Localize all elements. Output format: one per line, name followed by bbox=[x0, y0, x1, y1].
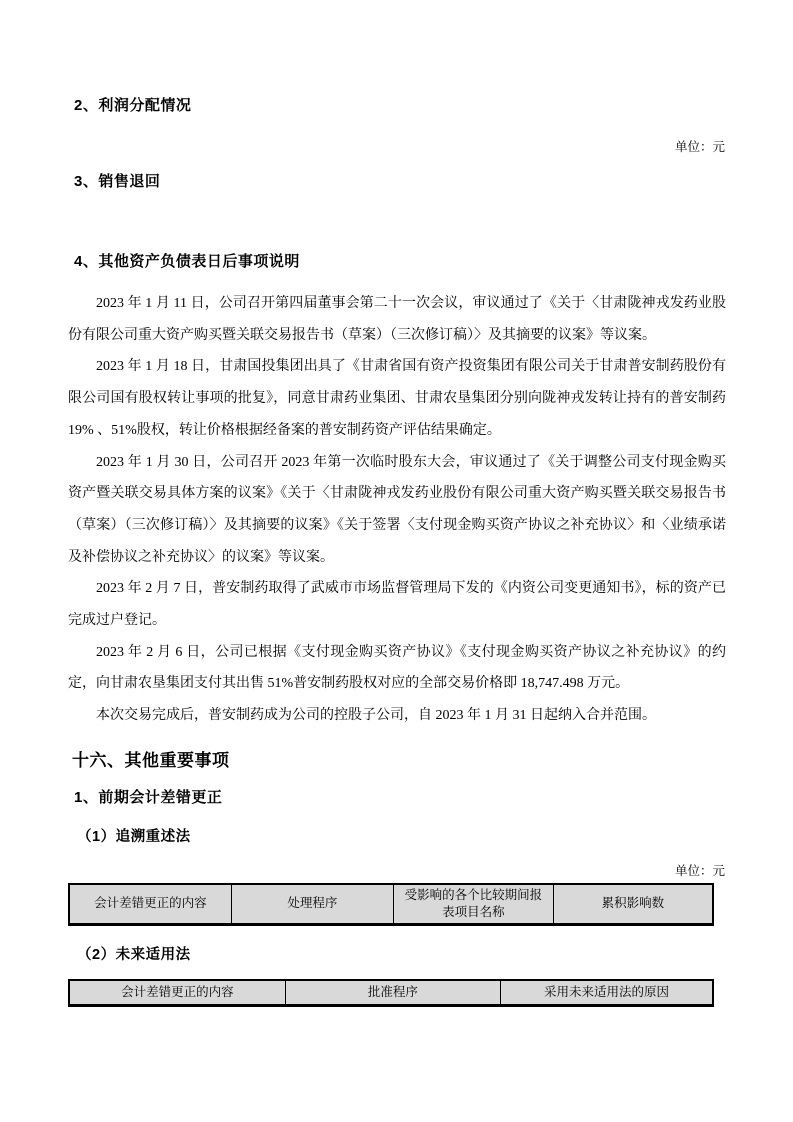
column-header-reason: 采用未来适用法的原因 bbox=[500, 980, 713, 1005]
unit-label-2: 单位：元 bbox=[675, 861, 725, 879]
heading-profit-distribution: 2、利润分配情况 bbox=[74, 94, 191, 115]
column-header-correction-content: 会计差错更正的内容 bbox=[69, 884, 231, 924]
post-balance-sheet-paragraphs: 2023 年 1 月 11 日，公司召开第四届董事会第二十一次会议，审议通过了《… bbox=[68, 288, 726, 732]
column-header-procedure: 处理程序 bbox=[231, 884, 393, 924]
paragraph-2023-01-18: 2023 年 1 月 18 日，甘肃国投集团出具了《甘肃省国有资产投资集团有限公… bbox=[68, 351, 726, 446]
column-header-cumulative-impact: 累积影响数 bbox=[553, 884, 713, 924]
retrospective-restatement-table: 会计差错更正的内容 处理程序 受影响的各个比较期间报表项目名称 累积影响数 bbox=[68, 883, 714, 926]
heading-section-16: 十六、其他重要事项 bbox=[72, 746, 230, 771]
heading-post-balance-sheet: 4、其他资产负债表日后事项说明 bbox=[74, 250, 300, 271]
heading-prior-error-correction: 1、前期会计差错更正 bbox=[74, 786, 222, 807]
heading-retrospective-restatement: （1）追溯重述法 bbox=[77, 825, 191, 846]
heading-prospective-application: （2）未来适用法 bbox=[77, 943, 191, 964]
column-header-correction-content: 会计差错更正的内容 bbox=[69, 980, 285, 1005]
unit-label-1: 单位：元 bbox=[675, 137, 725, 155]
paragraph-transaction-complete: 本次交易完成后，普安制药成为公司的控股子公司，自 2023 年 1 月 31 日… bbox=[68, 700, 726, 732]
table-header-row: 会计差错更正的内容 批准程序 采用未来适用法的原因 bbox=[69, 980, 713, 1005]
paragraph-2023-01-11: 2023 年 1 月 11 日，公司召开第四届董事会第二十一次会议，审议通过了《… bbox=[68, 288, 726, 351]
table-header-row: 会计差错更正的内容 处理程序 受影响的各个比较期间报表项目名称 累积影响数 bbox=[69, 884, 713, 924]
paragraph-2023-02-07: 2023 年 2 月 7 日，普安制药取得了武威市市场监督管理局下发的《内资公司… bbox=[68, 573, 726, 636]
paragraph-2023-02-06: 2023 年 2 月 6 日，公司已根据《支付现金购买资产协议》《支付现金购买资… bbox=[68, 637, 726, 700]
column-header-approval-procedure: 批准程序 bbox=[285, 980, 500, 1005]
paragraph-2023-01-30: 2023 年 1 月 30 日，公司召开 2023 年第一次临时股东大会，审议通… bbox=[68, 447, 726, 574]
document-page: { "document": { "headings": { "profit_di… bbox=[0, 0, 793, 1122]
prospective-application-table: 会计差错更正的内容 批准程序 采用未来适用法的原因 bbox=[68, 979, 714, 1007]
heading-sales-return: 3、销售退回 bbox=[74, 170, 160, 191]
column-header-affected-items: 受影响的各个比较期间报表项目名称 bbox=[394, 884, 554, 924]
